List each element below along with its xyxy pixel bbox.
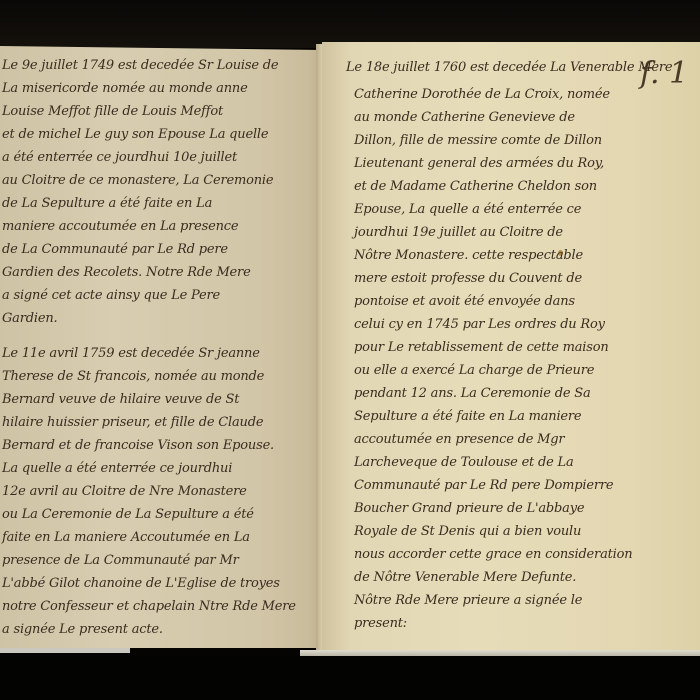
text-line: Dillon, fille de messire comte de Dillon (354, 133, 602, 148)
text-line: au Cloitre de ce monastere, La Ceremonie (2, 173, 273, 188)
text-line: nous accorder cette grace en considerati… (354, 547, 632, 562)
text-line: a signée Le present acte. (2, 622, 163, 637)
text-line: jourdhui 19e juillet au Cloitre de (354, 225, 563, 240)
text-line: celui cy en 1745 par Les ordres du Roy (354, 317, 605, 332)
text-line: Bernard et de francoise Vison son Epouse… (2, 438, 274, 453)
text-line: Larcheveque de Toulouse et de La (354, 455, 574, 470)
text-line: Sepulture a été faite en La maniere (354, 409, 581, 424)
text-line: Communauté par Le Rd pere Dompierre (354, 478, 613, 493)
text-line: notre Confesseur et chapelain Ntre Rde M… (2, 599, 296, 614)
text-line: pontoise et avoit été envoyée dans (354, 294, 575, 309)
text-line: de La Sepulture a été faite en La (2, 196, 212, 211)
text-line: Nôtre Monastere. cette respectable (354, 248, 583, 263)
text-line: Therese de St francois, nomée au monde (2, 369, 264, 384)
text-line: accoutumée en presence de Mgr (354, 432, 564, 447)
text-line: Bernard veuve de hilaire veuve de St (2, 392, 239, 407)
text-line: de La Communauté par Le Rd pere (2, 242, 228, 257)
text-line: Gardien. (2, 311, 57, 326)
text-line: Le 18e juillet 1760 est decedée La Vener… (346, 60, 672, 75)
text-line: La misericorde nomée au monde anne (2, 81, 248, 96)
display-shelf-edge-left (0, 648, 130, 653)
text-line: a signé cet acte ainsy que Le Pere (2, 288, 220, 303)
text-line: faite en La maniere Accoutumée en La (2, 530, 250, 545)
text-line: Boucher Grand prieure de L'abbaye (354, 501, 584, 516)
text-line: au monde Catherine Genevieve de (354, 110, 575, 125)
text-line: Louise Meffot fille de Louis Meffot (2, 104, 223, 119)
text-line: pour Le retablissement de cette maison (354, 340, 609, 355)
text-line: Nôtre Rde Mere prieure a signée le (354, 593, 582, 608)
text-line: hilaire huissier priseur, et fille de Cl… (2, 415, 263, 430)
text-line: Le 11e avril 1759 est decedée Sr jeanne (2, 346, 260, 361)
text-line: mere estoit professe du Couvent de (354, 271, 582, 286)
text-line: Royale de St Denis qui a bien voulu (354, 524, 581, 539)
text-line: Epouse, La quelle a été enterrée ce (354, 202, 581, 217)
text-line: Lieutenant general des armées du Roy, (354, 156, 604, 171)
text-line: 12e avril au Cloitre de Nre Monastere (2, 484, 247, 499)
text-line: a été enterrée ce jourdhui 10e juillet (2, 150, 237, 165)
text-line: Gardien des Recolets. Notre Rde Mere (2, 265, 251, 280)
text-line: La quelle a été enterrée ce jourdhui (2, 461, 232, 476)
dark-background-bottom (0, 656, 700, 700)
text-line: ou elle a exercé La charge de Prieure (354, 363, 594, 378)
text-line: pendant 12 ans. La Ceremonie de Sa (354, 386, 591, 401)
text-line: Catherine Dorothée de La Croix, nomée (354, 87, 610, 102)
text-line: et de michel Le guy son Epouse La quelle (2, 127, 268, 142)
text-line: de Nôtre Venerable Mere Defunte. (354, 570, 576, 585)
text-line: et de Madame Catherine Cheldon son (354, 179, 597, 194)
text-line: present: (354, 616, 407, 631)
text-line: ou La Ceremonie de La Sepulture a été (2, 507, 254, 522)
text-line: L'abbé Gilot chanoine de L'Eglise de tro… (2, 576, 280, 591)
text-line: maniere accoutumée en La presence (2, 219, 238, 234)
text-line: Le 9e juillet 1749 est decedée Sr Louise… (2, 58, 278, 73)
left-page: Le 9e juillet 1749 est decedée Sr Louise… (0, 44, 322, 648)
dark-background-top (0, 0, 700, 48)
right-page: f. 1 Le 18e juillet 1760 est decedée La … (322, 42, 700, 650)
text-line: presence de La Communauté par Mr (2, 553, 239, 568)
